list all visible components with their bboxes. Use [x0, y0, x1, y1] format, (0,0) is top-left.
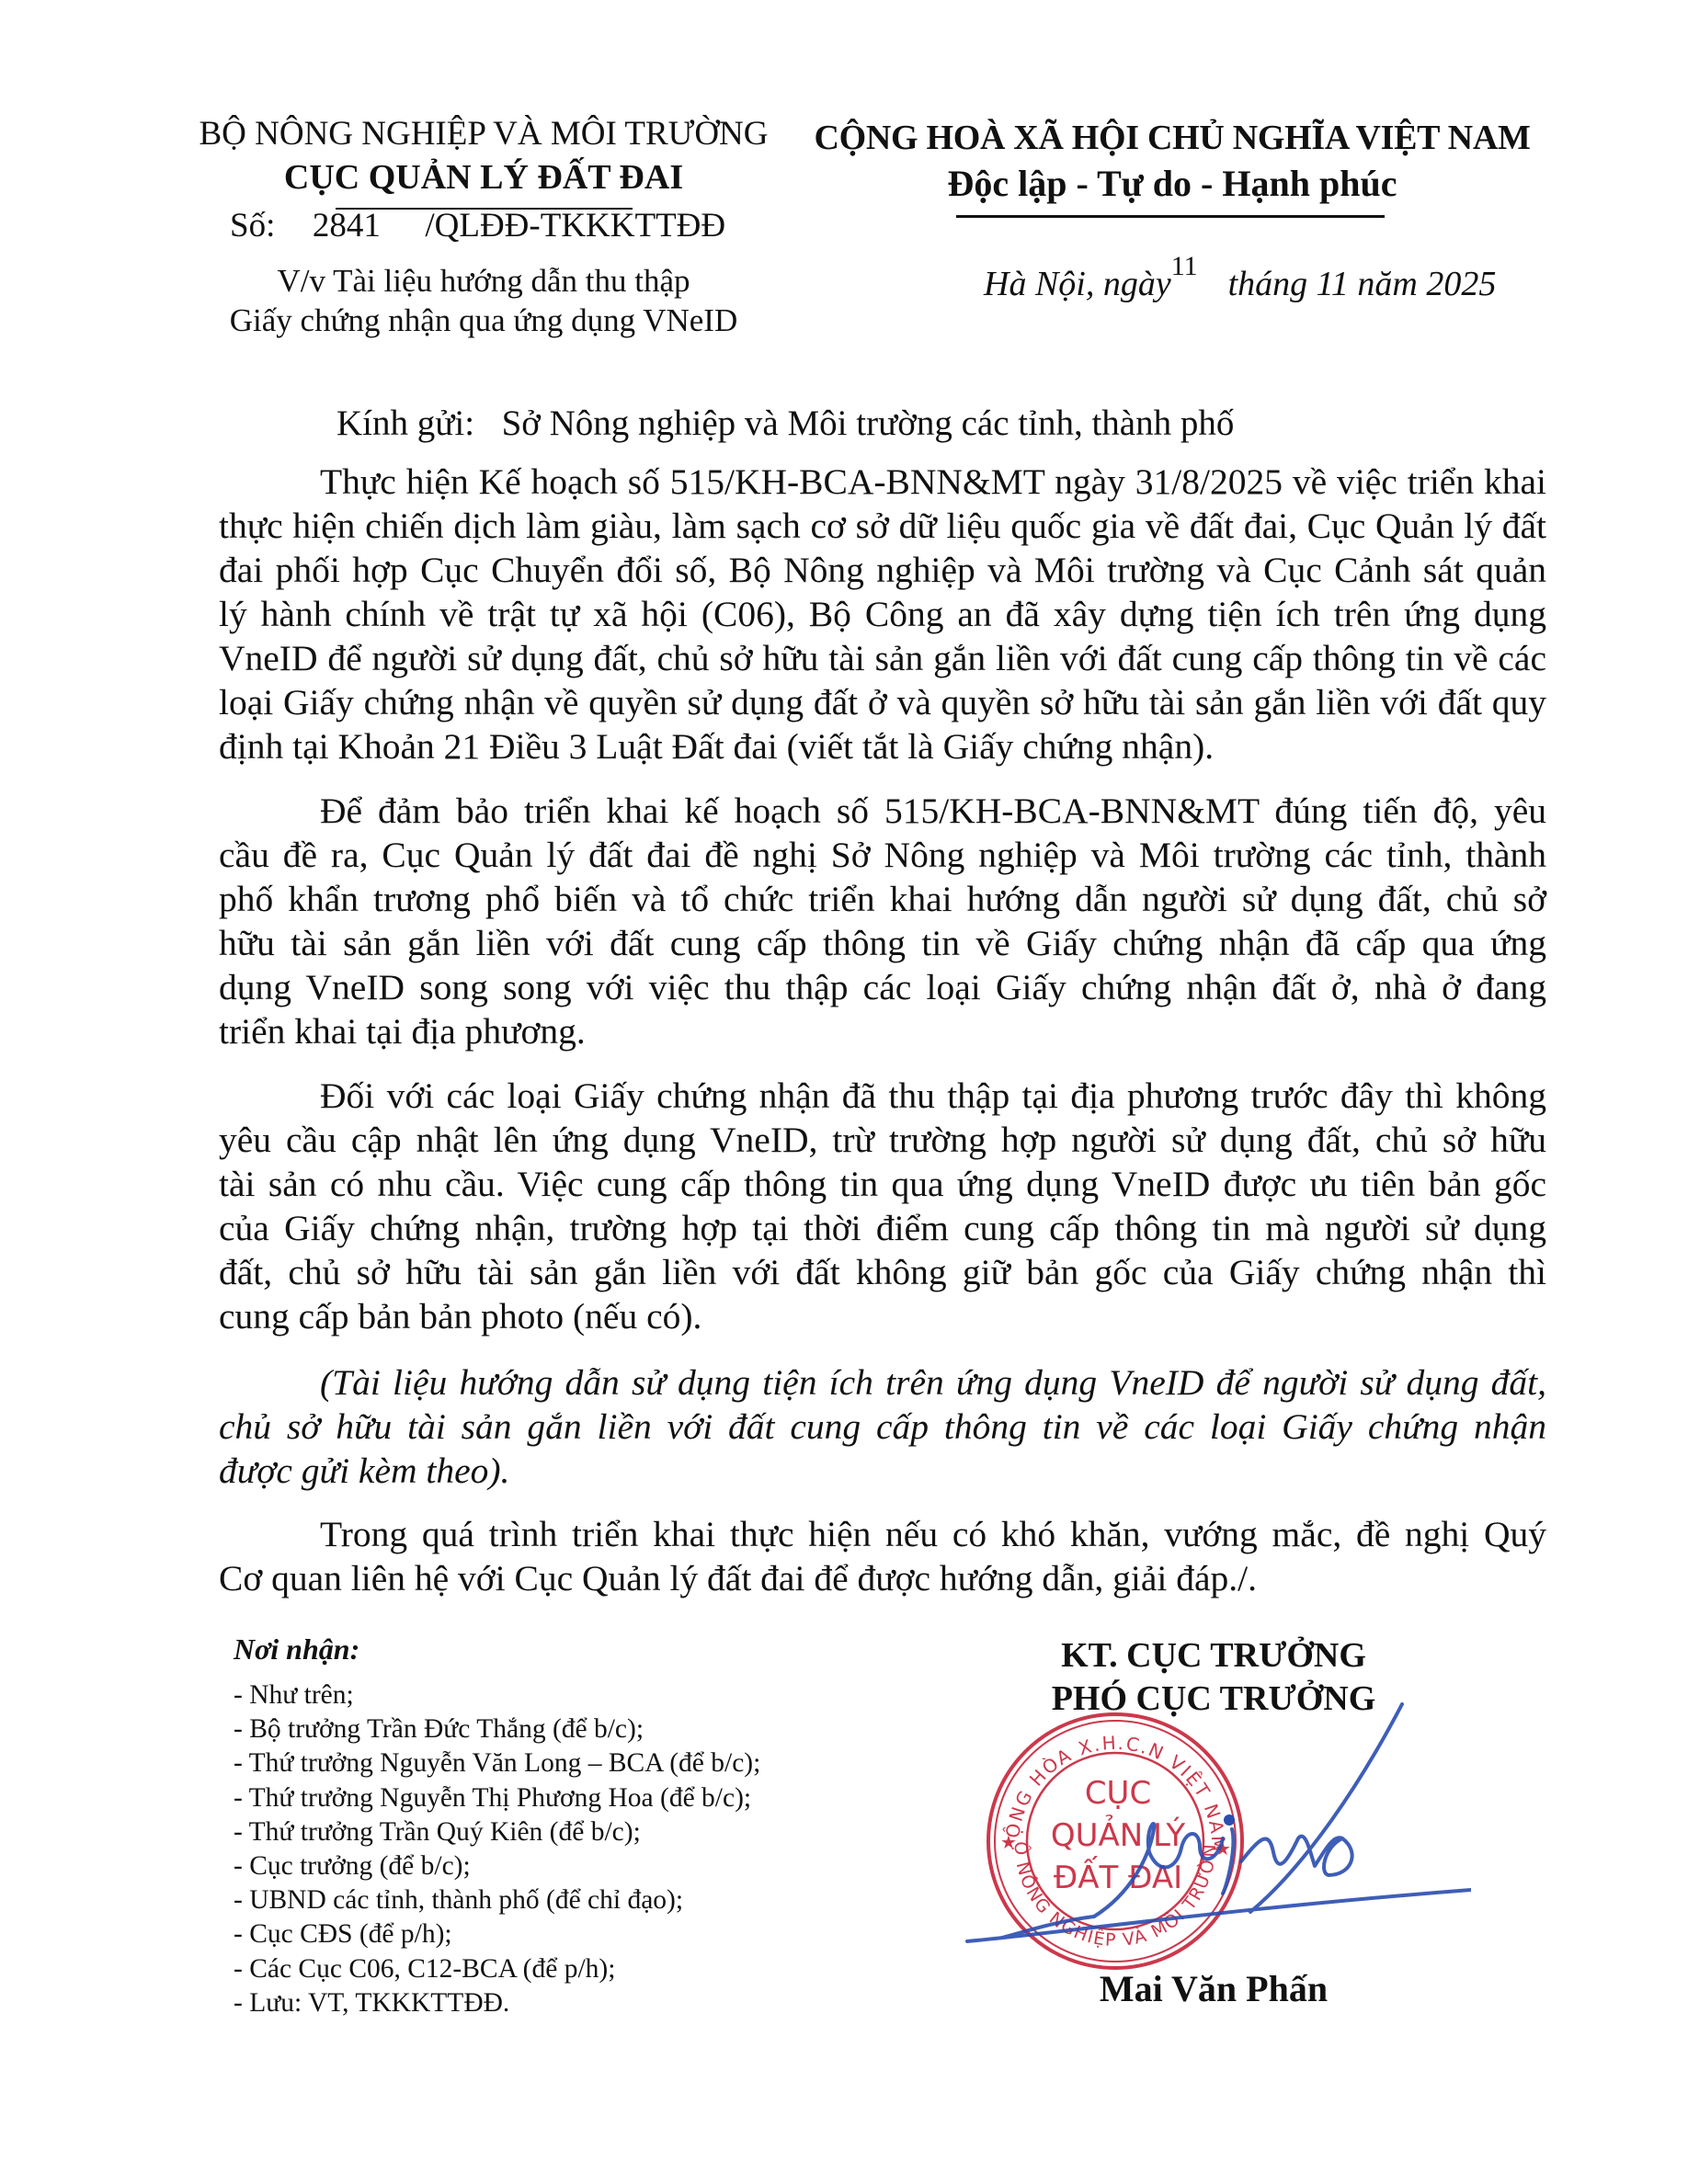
recipient-item: - UBND các tỉnh, thành phố (để chỉ đạo);	[234, 1883, 760, 1917]
paragraph-2: Để đảm bảo triển khai kế hoạch số 515/KH…	[219, 789, 1546, 1053]
recipients-list: - Như trên; - Bộ trưởng Trần Đức Thắng (…	[234, 1678, 760, 2020]
recipient-item: - Bộ trưởng Trần Đức Thắng (để b/c);	[234, 1712, 760, 1746]
paragraph-line: đai phối hợp Cục Chuyển đổi số, Bộ Nông …	[219, 548, 1546, 592]
date-year: 2025	[1426, 265, 1496, 303]
recipients-title: Nơi nhận:	[234, 1632, 359, 1666]
date-month: 11	[1317, 265, 1349, 303]
paragraph-line: phố khẩn trương phổ biến và tổ chức triể…	[219, 877, 1546, 921]
subject-line-1: V/v Tài liệu hướng dẫn thu thập	[165, 263, 802, 300]
recipient-item: - Cục CĐS (để p/h);	[234, 1917, 760, 1951]
paragraph-line: Trong quá trình triển khai thực hiện nếu…	[219, 1512, 1546, 1556]
recipient-item: - Các Cục C06, C12-BCA (để p/h);	[234, 1952, 760, 1986]
paragraph-3: Đối với các loại Giấy chứng nhận đã thu …	[219, 1074, 1546, 1338]
recipient-item: - Lưu: VT, TKKKTTĐĐ.	[234, 1986, 760, 2020]
subject-line-2: Giấy chứng nhận qua ứng dụng VNeID	[165, 302, 802, 339]
paragraph-line: yêu cầu cập nhật lên ứng dụng VneID, trừ…	[219, 1118, 1546, 1162]
recipient-item: - Thứ trưởng Nguyễn Thị Phương Hoa (để b…	[234, 1781, 760, 1815]
motto-underline	[956, 215, 1385, 218]
date-year-label: năm	[1357, 265, 1417, 303]
paragraph-line: dụng VneID song song với việc thu thập c…	[219, 965, 1546, 1009]
paragraph-line: tài sản có nhu cầu. Việc cung cấp thông …	[219, 1162, 1546, 1206]
paragraph-line: cầu đề ra, Cục Quản lý đất đai đề nghị S…	[219, 833, 1546, 877]
paragraph-line: Cơ quan liên hệ với Cục Quản lý đất đai …	[219, 1556, 1546, 1600]
handwritten-signature-icon	[956, 1691, 1471, 1967]
recipient-item: - Như trên;	[234, 1678, 760, 1712]
nation-title: CỘNG HOÀ XÃ HỘI CHỦ NGHĨA VIỆT NAM	[809, 118, 1535, 158]
date-month-label: tháng	[1228, 265, 1308, 303]
addressee-label: Kính gửi:	[336, 404, 474, 443]
agency-name: CỤC QUẢN LÝ ĐẤT ĐAI	[165, 157, 802, 198]
paragraph-line: VneID để người sử dụng đất, chủ sở hữu t…	[219, 636, 1546, 680]
ministry-name: BỘ NÔNG NGHIỆP VÀ MÔI TRƯỜNG	[165, 114, 802, 154]
paragraph-line: hữu tài sản gắn liền với đất cung cấp th…	[219, 921, 1546, 965]
paragraph-line: lý hành chính về trật tự xã hội (C06), B…	[219, 592, 1546, 636]
paragraph-line: triển khai tại địa phương.	[219, 1009, 1546, 1053]
paragraph-line: Đối với các loại Giấy chứng nhận đã thu …	[219, 1074, 1546, 1118]
doc-number-value: 2841	[313, 207, 381, 245]
date-day: 11	[1171, 251, 1198, 281]
recipient-item: - Thứ trưởng Trần Quý Kiên (để b/c);	[234, 1815, 760, 1849]
paragraph-line: định tại Khoản 21 Điều 3 Luật Đất đai (v…	[219, 724, 1546, 768]
date-prefix: Hà Nội, ngày	[984, 265, 1171, 303]
paragraph-1: Thực hiện Kế hoạch số 515/KH-BCA-BNN&MT …	[219, 460, 1546, 768]
paragraph-line: cung cấp bản bản photo (nếu có).	[219, 1294, 1546, 1338]
closing-paragraph: Trong quá trình triển khai thực hiện nếu…	[219, 1512, 1546, 1600]
paragraph-line: của Giấy chứng nhận, trường hợp tại thời…	[219, 1206, 1546, 1250]
issue-date: Hà Nội, ngày11 tháng 11 năm 2025	[984, 264, 1496, 304]
paragraph-line: đất, chủ sở hữu tài sản gắn liền với đất…	[219, 1250, 1546, 1294]
addressee: Kính gửi: Sở Nông nghiệp và Môi trường c…	[336, 403, 1234, 444]
doc-code: /QLĐĐ-TKKKTTĐĐ	[425, 207, 725, 245]
paragraph-line: loại Giấy chứng nhận về quyền sử dụng đấ…	[219, 680, 1546, 724]
recipient-item: - Thứ trưởng Nguyễn Văn Long – BCA (để b…	[234, 1746, 760, 1780]
addressee-value: Sở Nông nghiệp và Môi trường các tỉnh, t…	[502, 404, 1235, 443]
signature-title-1: KT. CỤC TRƯỞNG	[975, 1635, 1453, 1676]
paragraph-line: Để đảm bảo triển khai kế hoạch số 515/KH…	[219, 789, 1546, 833]
paragraph-line: chủ sở hữu tài sản gắn liền với đất cung…	[219, 1405, 1546, 1449]
paragraph-line: (Tài liệu hướng dẫn sử dụng tiện ích trê…	[219, 1360, 1546, 1405]
doc-number-label: Số:	[230, 207, 275, 245]
attachment-note: (Tài liệu hướng dẫn sử dụng tiện ích trê…	[219, 1360, 1546, 1493]
paragraph-line: Thực hiện Kế hoạch số 515/KH-BCA-BNN&MT …	[219, 460, 1546, 504]
document-number: Số: 2841 /QLĐĐ-TKKKTTĐĐ	[230, 206, 725, 245]
recipient-item: - Cục trưởng (để b/c);	[234, 1849, 760, 1883]
signer-name: Mai Văn Phấn	[975, 1967, 1453, 2010]
paragraph-line: được gửi kèm theo).	[219, 1449, 1546, 1493]
paragraph-line: thực hiện chiến dịch làm giàu, làm sạch …	[219, 504, 1546, 548]
national-motto: Độc lập - Tự do - Hạnh phúc	[809, 162, 1535, 205]
